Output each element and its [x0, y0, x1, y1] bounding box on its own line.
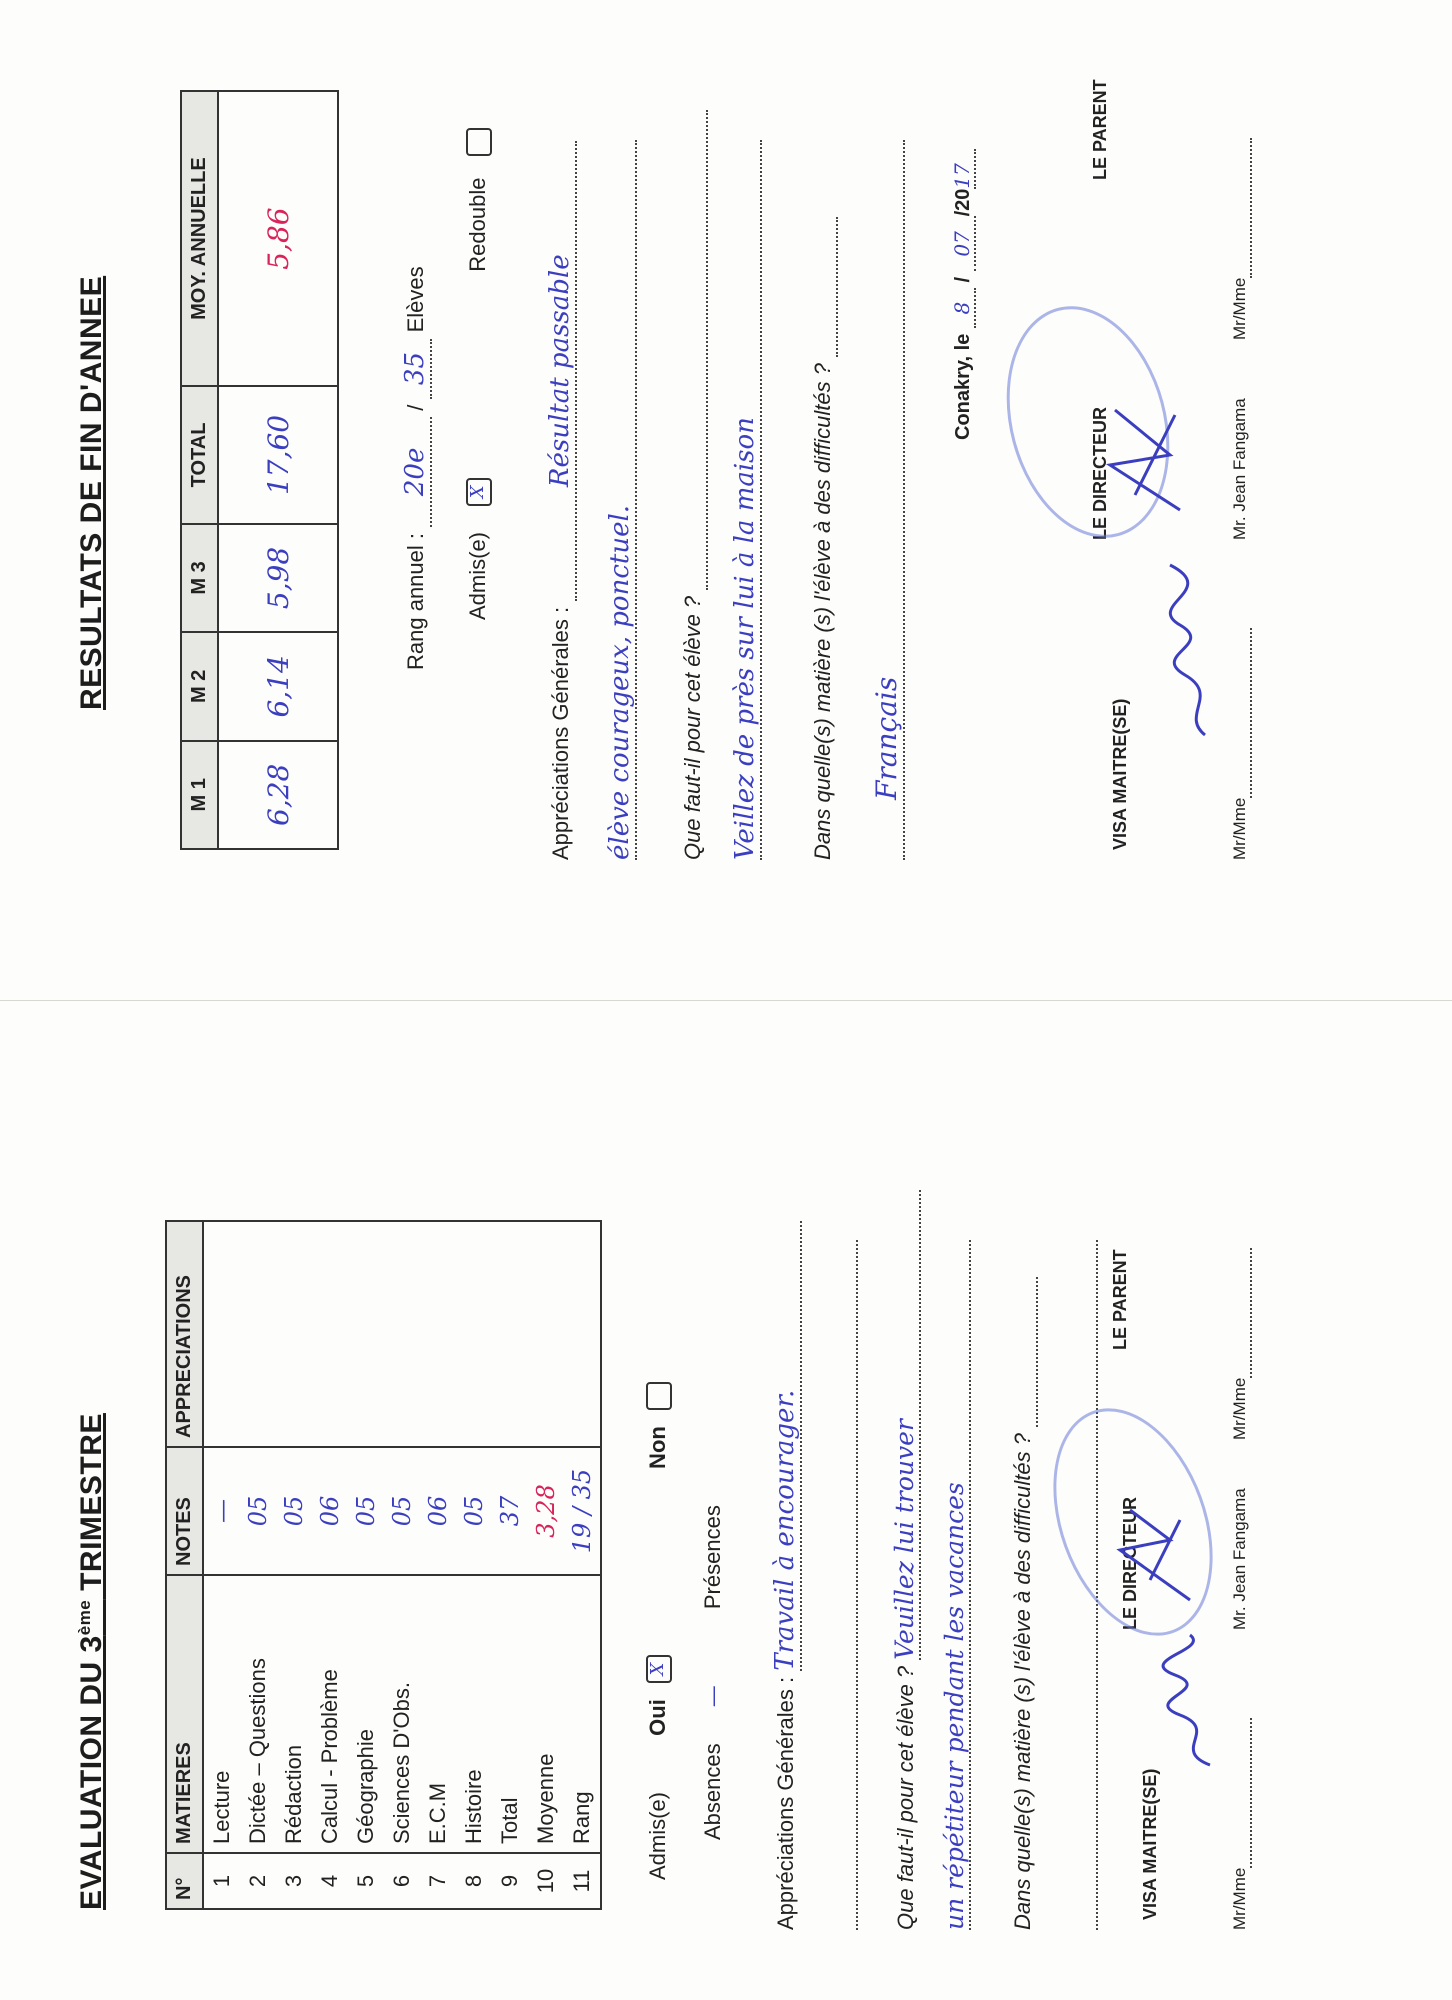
row-note[interactable]: —: [203, 1447, 240, 1575]
table-row: 2Dictée – Questions05: [240, 1221, 276, 1909]
col-header-notes: NOTES: [166, 1447, 203, 1575]
row-subject: Géographie: [348, 1575, 384, 1853]
appreciation-line-2[interactable]: élève courageux, ponctuel.: [605, 140, 637, 860]
director-name: Mr. Jean Fangama: [1230, 1488, 1250, 1630]
parent-label: LE PARENT: [1110, 1249, 1131, 1350]
row-subject: Calcul - Problème: [312, 1575, 348, 1853]
table-row: 4Calcul - Problème06: [312, 1221, 348, 1909]
row-subject: Histoire: [456, 1575, 492, 1853]
row-subject: Rang: [564, 1575, 601, 1853]
needs-field: Que faut-il pour cet élève ?: [680, 110, 708, 860]
director-name: Mr. Jean Fangama: [1230, 398, 1250, 540]
row-number: 2: [240, 1853, 276, 1909]
row-number: 10: [528, 1853, 564, 1909]
year-end-results-table: M 1M 2M 3TOTALMOY. ANNUELLE 6,286,145,98…: [180, 90, 339, 850]
row-subject: Total: [492, 1575, 528, 1853]
result-total[interactable]: 17,60: [218, 386, 338, 524]
table-row: 8Histoire05: [456, 1221, 492, 1909]
row-appreciation[interactable]: [492, 1221, 528, 1447]
table-row: 3Rédaction05: [276, 1221, 312, 1909]
row-number: 11: [564, 1853, 601, 1909]
row-number: 4: [312, 1853, 348, 1909]
row-appreciation[interactable]: [276, 1221, 312, 1447]
row-note[interactable]: 05: [276, 1447, 312, 1575]
row-appreciation[interactable]: [420, 1221, 456, 1447]
row-subject: Lecture: [203, 1575, 240, 1853]
col-header-number: N°: [166, 1853, 203, 1909]
row-number: 5: [348, 1853, 384, 1909]
place-date: Conakry, le 8 / 07/2017: [950, 149, 976, 440]
row-note[interactable]: 06: [312, 1447, 348, 1575]
table-row: 7E.C.M06: [420, 1221, 456, 1909]
col-header-total: TOTAL: [181, 386, 218, 524]
row-number: 6: [384, 1853, 420, 1909]
row-note[interactable]: 05: [348, 1447, 384, 1575]
row-appreciation[interactable]: [312, 1221, 348, 1447]
row-number: 1: [203, 1853, 240, 1909]
difficulties-field: Dans quelle(s) matière (s) l'élève à des…: [1010, 1277, 1038, 1930]
row-note[interactable]: 05: [384, 1447, 420, 1575]
row-number: 9: [492, 1853, 528, 1909]
row-appreciation[interactable]: [564, 1221, 601, 1447]
row-note[interactable]: 3,28: [528, 1447, 564, 1575]
teacher-name-field: Mr/Mme: [1230, 1718, 1252, 1930]
non-checkbox[interactable]: [646, 1382, 672, 1410]
oui-checkbox[interactable]: X: [646, 1655, 672, 1683]
result-m-1[interactable]: 6,28: [218, 741, 338, 849]
row-appreciation[interactable]: [348, 1221, 384, 1447]
result-moy-annuelle[interactable]: 5,86: [218, 91, 338, 386]
redouble-checkbox[interactable]: [466, 128, 492, 156]
annual-rank-field: Rang annuel : 20e / 35 Elèves: [400, 266, 432, 670]
needs-field: Que faut-il pour cet élève ? Veuillez lu…: [890, 1190, 921, 1930]
table-row: 6Sciences D'Obs.05: [384, 1221, 420, 1909]
table-row: 11Rang19 / 35: [564, 1221, 601, 1909]
admission-row: Admis(e) Oui X Non: [645, 1382, 672, 1880]
table-row: 5Géographie05: [348, 1221, 384, 1909]
teacher-name-field: Mr/Mme: [1230, 628, 1252, 860]
trimester-grades-table: N° MATIERES NOTES APPRECIATIONS 1Lecture…: [165, 1220, 602, 1910]
needs-line-2[interactable]: un répétiteur pendant les vacances: [940, 1240, 971, 1930]
row-subject: E.C.M: [420, 1575, 456, 1853]
row-number: 3: [276, 1853, 312, 1909]
attendance-row: Absences — Présences: [700, 1505, 726, 1840]
row-note[interactable]: 19 / 35: [564, 1447, 601, 1575]
appreciation-line-2[interactable]: [830, 1240, 858, 1930]
col-header-subjects: MATIERES: [166, 1575, 203, 1853]
report-card-spread: EVALUATION DU 3ème TRIMESTRE N° MATIERES…: [0, 0, 1452, 2000]
col-header-m-1: M 1: [181, 741, 218, 849]
director-signature-icon: [1110, 1500, 1200, 1610]
trimester-title: EVALUATION DU 3ème TRIMESTRE: [75, 1413, 109, 1910]
needs-line-2[interactable]: Veillez de près sur lui à la maison: [730, 140, 762, 860]
general-appreciation-field: Appréciations Générales : Travail à enco…: [770, 1221, 802, 1930]
row-subject: Sciences D'Obs.: [384, 1575, 420, 1853]
row-appreciation[interactable]: [456, 1221, 492, 1447]
difficulties-line-2[interactable]: Français: [870, 140, 905, 860]
row-number: 7: [420, 1853, 456, 1909]
row-appreciation[interactable]: [203, 1221, 240, 1447]
parent-label: LE PARENT: [1090, 79, 1111, 180]
teacher-signature-icon: [1160, 560, 1230, 740]
row-note[interactable]: 05: [456, 1447, 492, 1575]
admis-checkbox[interactable]: X: [466, 478, 492, 506]
general-appreciation-field: Appréciations Générales : Résultat passa…: [545, 141, 577, 860]
row-note[interactable]: 37: [492, 1447, 528, 1575]
row-subject: Dictée – Questions: [240, 1575, 276, 1853]
row-appreciation[interactable]: [384, 1221, 420, 1447]
row-number: 8: [456, 1853, 492, 1909]
row-appreciation[interactable]: [528, 1221, 564, 1447]
parent-name-field: Mr/Mme: [1230, 1248, 1252, 1440]
teacher-signature-icon: [1160, 1630, 1230, 1770]
row-note[interactable]: 06: [420, 1447, 456, 1575]
row-appreciation[interactable]: [240, 1221, 276, 1447]
difficulties-field: Dans quelle(s) matière (s) l'élève à des…: [810, 217, 838, 860]
col-header-appreciations: APPRECIATIONS: [166, 1221, 203, 1447]
table-row: 9Total37: [492, 1221, 528, 1909]
col-header-m-2: M 2: [181, 632, 218, 740]
col-header-m-3: M 3: [181, 524, 218, 632]
table-row: 10Moyenne3,28: [528, 1221, 564, 1909]
result-m-3[interactable]: 5,98: [218, 524, 338, 632]
trimester-evaluation-page: EVALUATION DU 3ème TRIMESTRE N° MATIERES…: [0, 1000, 1452, 2000]
row-subject: Rédaction: [276, 1575, 312, 1853]
row-note[interactable]: 05: [240, 1447, 276, 1575]
director-signature-icon: [1100, 400, 1190, 520]
table-row: 1Lecture—: [203, 1221, 240, 1909]
result-m-2[interactable]: 6,14: [218, 632, 338, 740]
year-end-title: RESULTATS DE FIN D'ANNEE: [75, 276, 109, 710]
visa-teacher-label: VISA MAITRE(SE): [1140, 1769, 1161, 1920]
parent-name-field: Mr/Mme: [1230, 138, 1252, 340]
row-subject: Moyenne: [528, 1575, 564, 1853]
admission-row: Admis(e) X Redouble: [465, 128, 492, 620]
col-header-moy-annuelle: MOY. ANNUELLE: [181, 91, 218, 386]
year-end-results-page: RESULTATS DE FIN D'ANNEE M 1M 2M 3TOTALM…: [0, 0, 1452, 1000]
visa-teacher-label: VISA MAITRE(SE): [1110, 699, 1131, 850]
